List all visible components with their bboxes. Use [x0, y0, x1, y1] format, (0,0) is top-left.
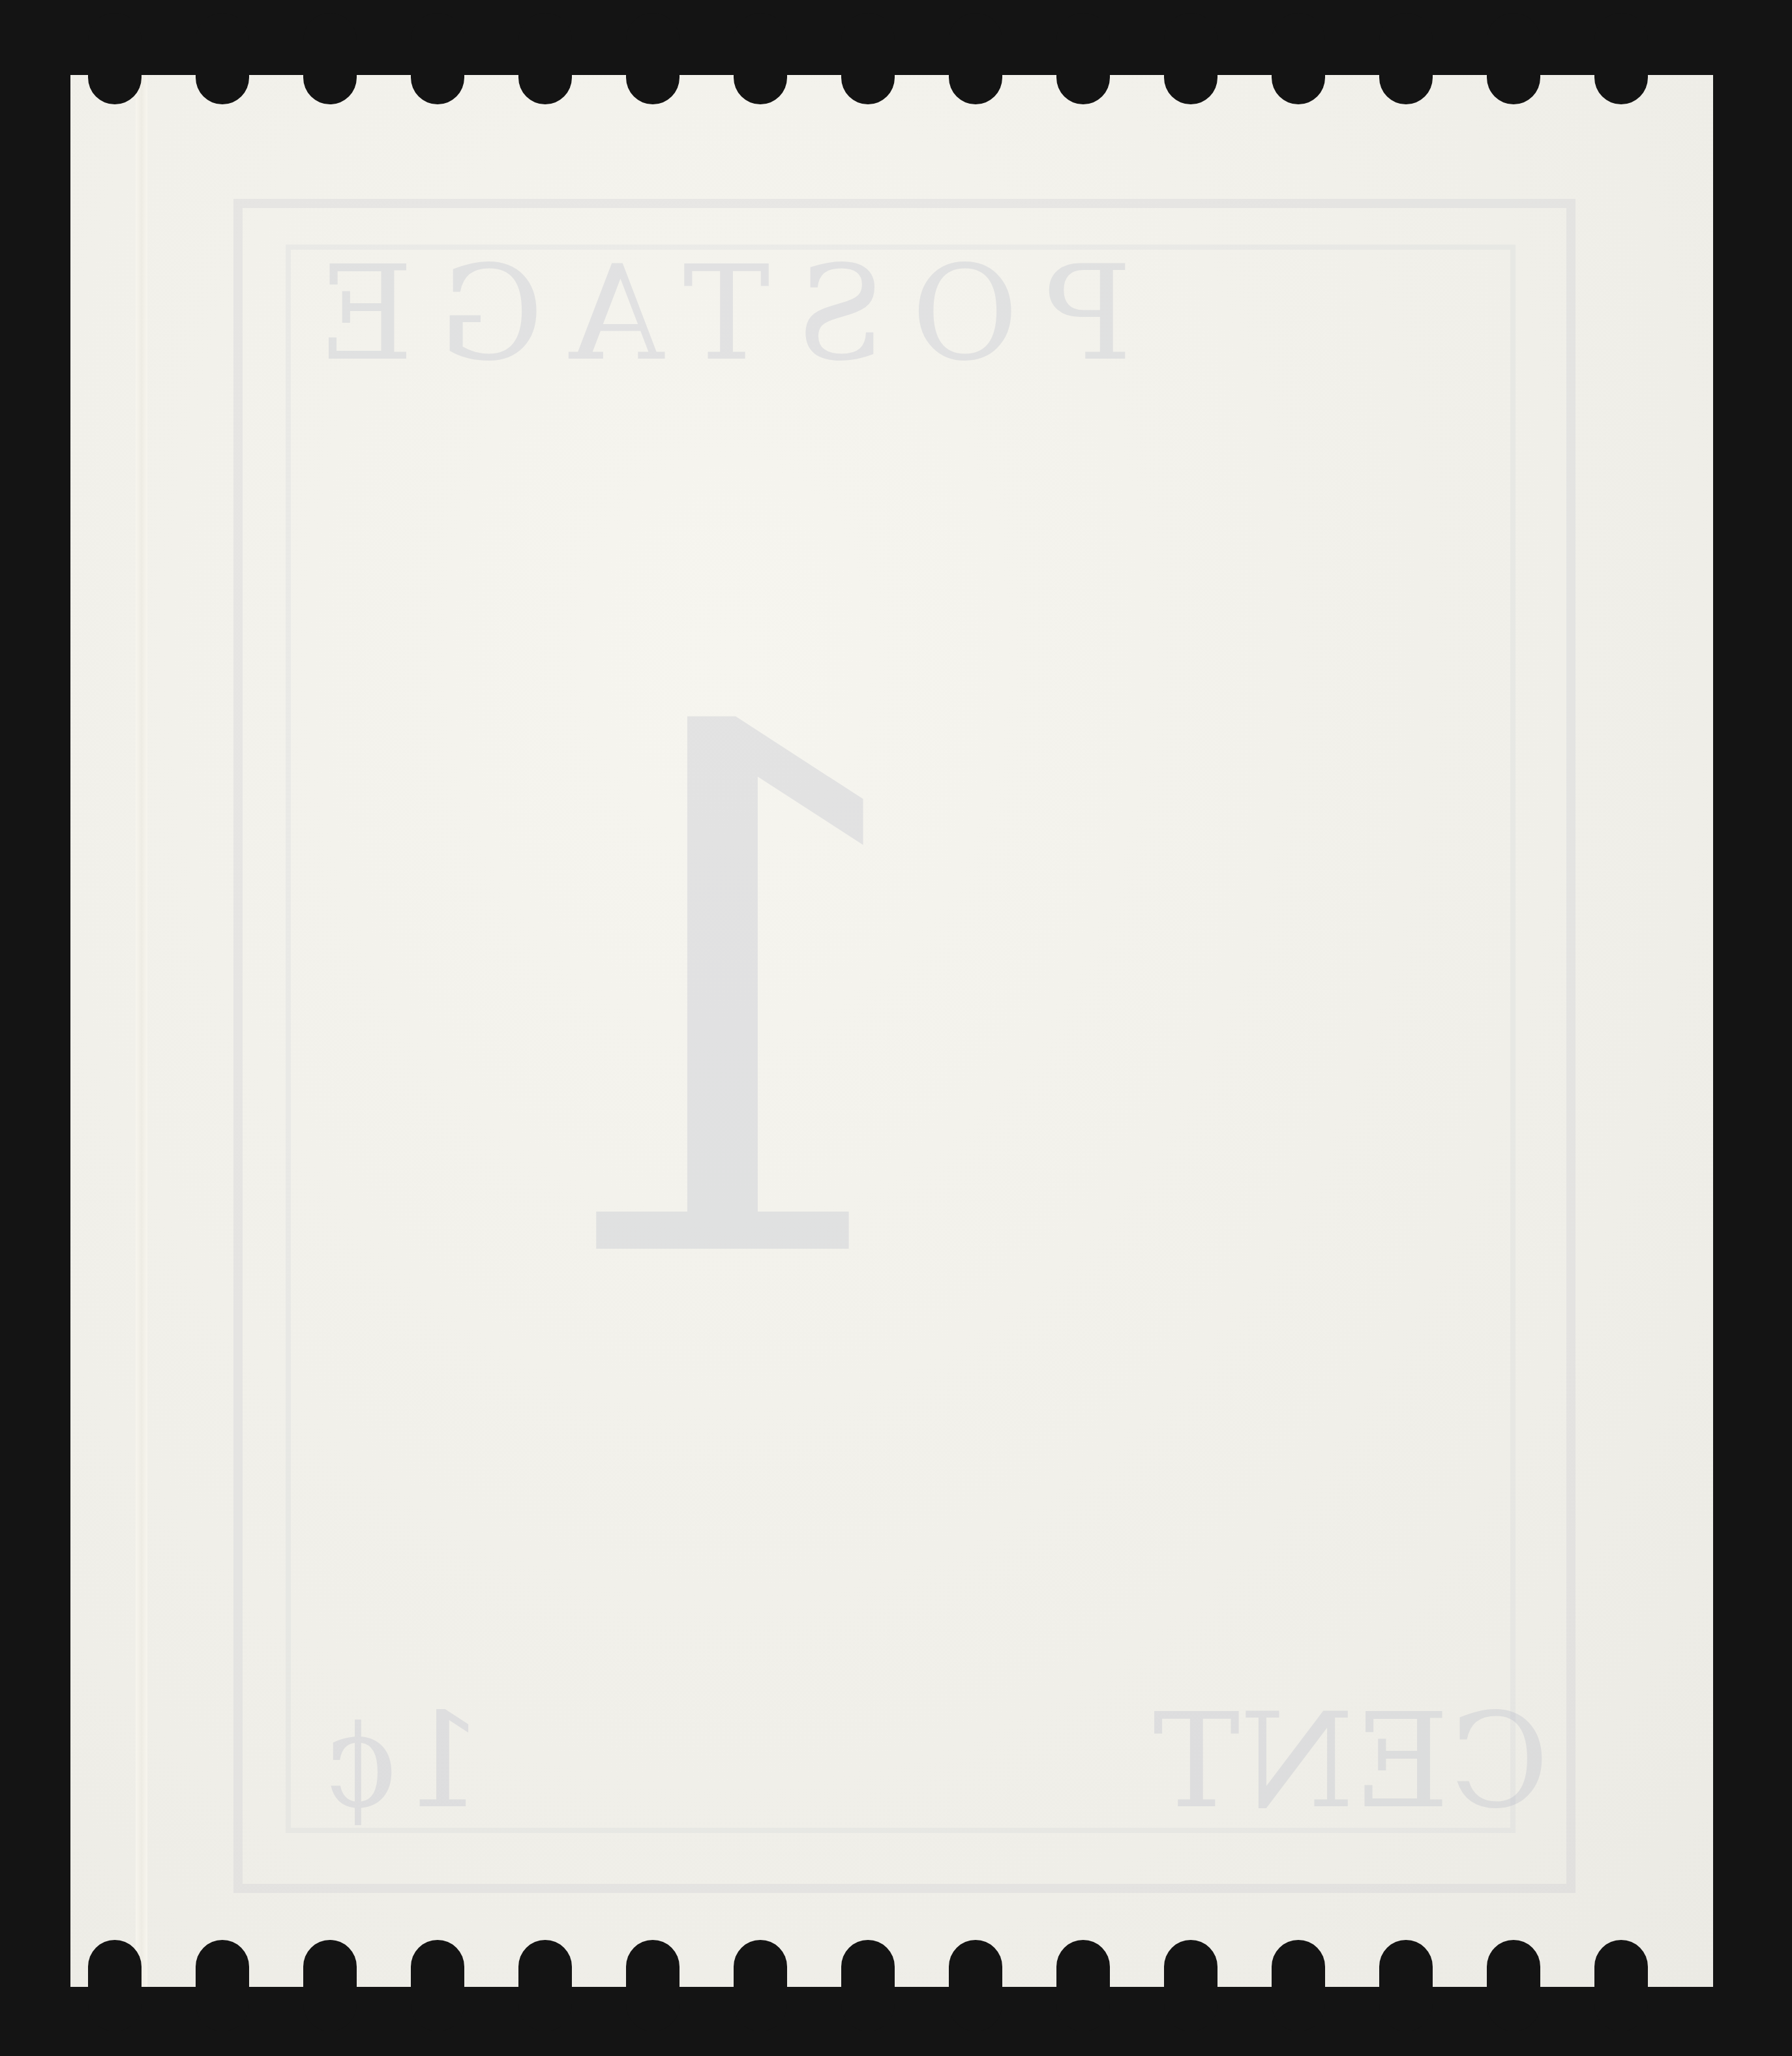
perforation-hole [518, 13, 572, 104]
perforation-hole [1379, 13, 1433, 104]
perforation-hole [1164, 1940, 1217, 2031]
perforation-hole [1487, 13, 1540, 104]
perforation-hole [88, 1940, 142, 2031]
perforation-hole [518, 1940, 572, 2031]
perforation-hole [734, 13, 787, 104]
perforation-hole [1594, 1940, 1648, 2031]
perforation-hole [841, 13, 895, 104]
perforation-hole [1487, 1940, 1540, 2031]
perforation-hole [88, 13, 142, 104]
perforation-hole [411, 13, 464, 104]
paper-join-line [136, 75, 147, 1987]
perforation-hole [841, 1940, 895, 2031]
show-through-cent-symbol: 1¢ [318, 1686, 485, 1838]
perforation-hole [303, 1940, 357, 2031]
perforation-hole [1056, 13, 1110, 104]
perforation-hole [626, 13, 679, 104]
perforation-hole [626, 1940, 679, 2031]
perforation-hole [949, 1940, 1002, 2031]
perforation-hole [1379, 1940, 1433, 2031]
perforation-hole [196, 1940, 249, 2031]
perforation-hole [303, 13, 357, 104]
perforation-hole [949, 13, 1002, 104]
perforation-hole [1164, 13, 1217, 104]
stamp-back: POSTAGE 1 CENT 1¢ [70, 75, 1713, 1987]
perforation-hole [1056, 1940, 1110, 2031]
show-through-cent: CENT [1153, 1686, 1549, 1838]
show-through-top-legend: POSTAGE [292, 238, 1132, 390]
perforation-hole [1272, 1940, 1325, 2031]
perforation-hole [196, 13, 249, 104]
perforation-hole [734, 1940, 787, 2031]
show-through-value: 1 [494, 642, 951, 1360]
perforation-hole [411, 1940, 464, 2031]
perforation-hole [1594, 13, 1648, 104]
perforation-hole [1272, 13, 1325, 104]
